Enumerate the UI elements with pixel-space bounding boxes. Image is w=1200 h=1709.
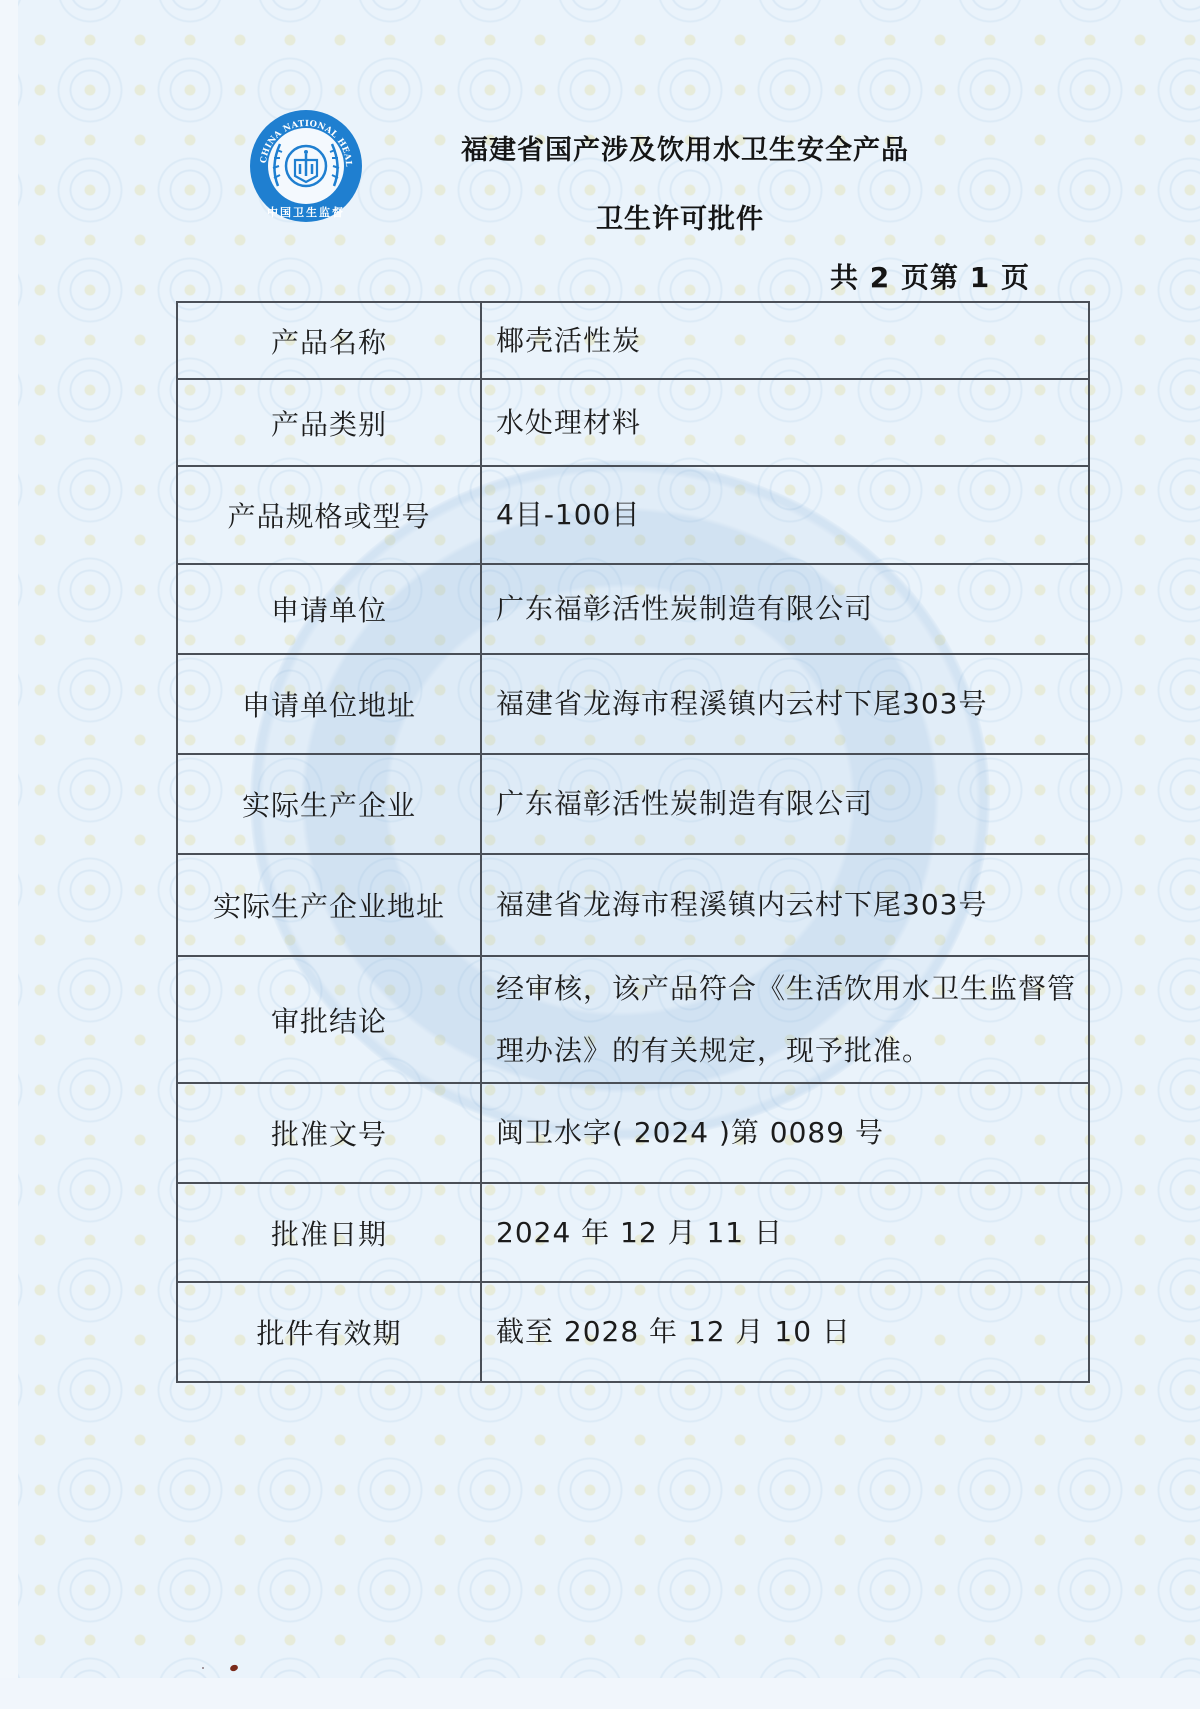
- paper-left-edge: [0, 0, 18, 1709]
- row-value: 广东福彰活性炭制造有限公司: [482, 565, 1088, 653]
- page-count: 共 2 页第 1 页: [830, 256, 1030, 296]
- row-value: 4目-100目: [482, 467, 1088, 563]
- row-value: 2024 年 12 月 11 日: [482, 1184, 1088, 1281]
- table-row-approval-conclusion: 审批结论 经审核，该产品符合《生活饮用水卫生监督管理办法》的有关规定，现予批准。: [178, 957, 1088, 1084]
- row-label: 申请单位地址: [178, 655, 482, 753]
- table-row-validity-period: 批件有效期 截至 2028 年 12 月 10 日: [178, 1283, 1088, 1381]
- row-label: 审批结论: [178, 957, 482, 1082]
- row-label: 产品类别: [178, 380, 482, 465]
- row-label: 批件有效期: [178, 1283, 482, 1381]
- row-value: 福建省龙海市程溪镇内云村下尾303号: [482, 655, 1088, 753]
- row-value: 水处理材料: [482, 380, 1088, 465]
- paper-bottom-edge: [0, 1678, 1200, 1709]
- row-label: 实际生产企业: [178, 755, 482, 853]
- table-row-product-spec: 产品规格或型号 4目-100目: [178, 467, 1088, 565]
- row-label: 批准日期: [178, 1184, 482, 1281]
- table-row-manufacturer-address: 实际生产企业地址 福建省龙海市程溪镇内云村下尾303号: [178, 855, 1088, 957]
- permit-details-table: 产品名称 椰壳活性炭 产品类别 水处理材料 产品规格或型号 4目-100目 申请…: [176, 301, 1090, 1383]
- row-label: 实际生产企业地址: [178, 855, 482, 955]
- table-row-approval-date: 批准日期 2024 年 12 月 11 日: [178, 1184, 1088, 1283]
- row-value: 广东福彰活性炭制造有限公司: [482, 755, 1088, 853]
- table-row-product-name: 产品名称 椰壳活性炭: [178, 303, 1088, 380]
- table-row-manufacturer: 实际生产企业 广东福彰活性炭制造有限公司: [178, 755, 1088, 855]
- table-row-applicant-address: 申请单位地址 福建省龙海市程溪镇内云村下尾303号: [178, 655, 1088, 755]
- row-label: 产品规格或型号: [178, 467, 482, 563]
- china-national-health-inspection-emblem-icon: CHINA NATIONAL HEALTH INSPECTION 中国卫生监督: [248, 108, 364, 224]
- row-label: 批准文号: [178, 1084, 482, 1182]
- row-value: 福建省龙海市程溪镇内云村下尾303号: [482, 855, 1088, 955]
- row-value: 闽卫水字( 2024 )第 0089 号: [482, 1084, 1088, 1182]
- row-value: 椰壳活性炭: [482, 303, 1088, 378]
- row-value: 经审核，该产品符合《生活饮用水卫生监督管理办法》的有关规定，现予批准。: [482, 957, 1088, 1082]
- document-title: 福建省国产涉及饮用水卫生安全产品: [380, 128, 990, 167]
- row-label: 产品名称: [178, 303, 482, 378]
- svg-text:中国卫生监督: 中国卫生监督: [267, 205, 345, 219]
- table-row-product-category: 产品类别 水处理材料: [178, 380, 1088, 467]
- row-label: 申请单位: [178, 565, 482, 653]
- table-row-applicant: 申请单位 广东福彰活性炭制造有限公司: [178, 565, 1088, 655]
- ink-dot-mark: [202, 1667, 204, 1669]
- row-value: 截至 2028 年 12 月 10 日: [482, 1283, 1088, 1381]
- document-subtitle: 卫生许可批件: [380, 197, 980, 236]
- table-row-approval-number: 批准文号 闽卫水字( 2024 )第 0089 号: [178, 1084, 1088, 1184]
